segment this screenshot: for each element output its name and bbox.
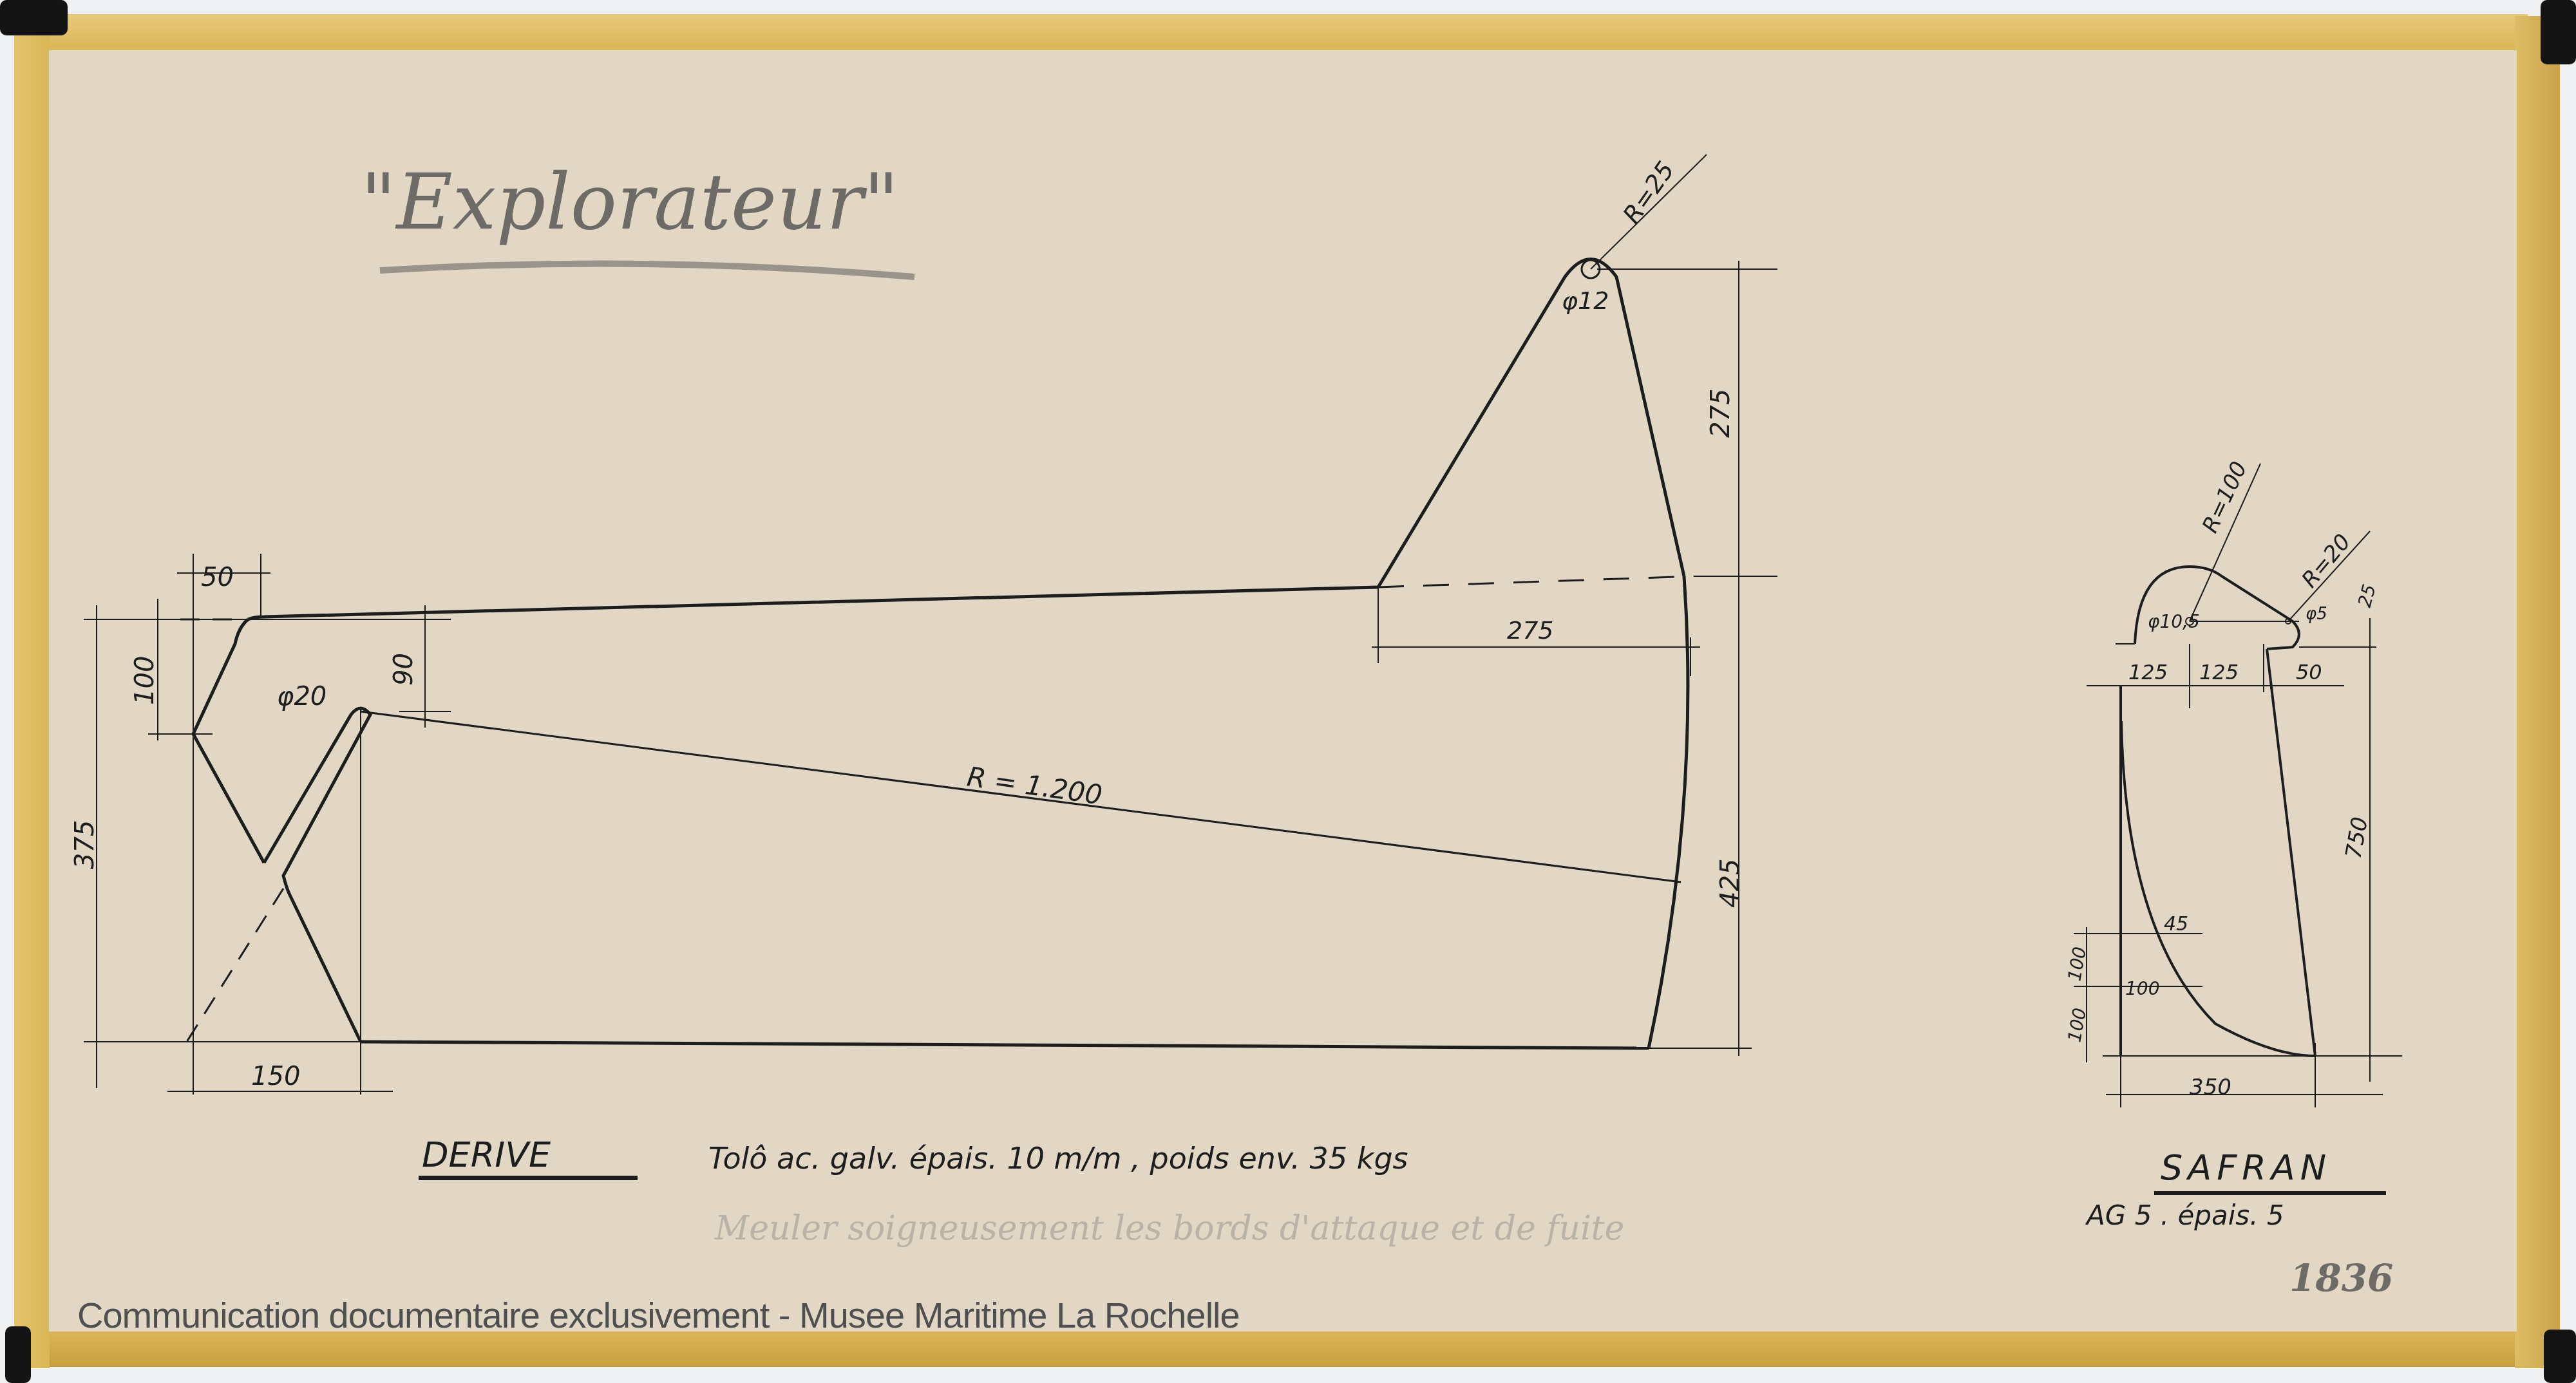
dim-safran-seg2: 125 (2199, 660, 2239, 684)
dim-derive-top-width: 50 (201, 563, 234, 592)
dim-safran-curve-offset-2: 100 (2125, 978, 2159, 999)
dim-safran-radius-tip: R=20 (2297, 529, 2356, 593)
safran-drawing (2074, 464, 2402, 1107)
dim-derive-bottom-width: 150 (251, 1062, 300, 1091)
dim-derive-radius-main: R = 1.200 (965, 760, 1104, 811)
dim-safran-seg3: 50 (2296, 660, 2322, 684)
derive-spec: Tolô ac. galv. épais. 10 m/m , poids env… (708, 1141, 1408, 1176)
dim-derive-overall-height: 375 (70, 820, 100, 869)
watermark-text: Communication documentaire exclusivement… (77, 1294, 1240, 1336)
dim-derive-tip-hole: φ12 (1562, 287, 1609, 315)
dim-safran-height: 750 (2340, 815, 2373, 861)
derive-title: DERIVE (422, 1134, 551, 1175)
dim-derive-pivot-offset: 90 (389, 653, 419, 686)
safran-title-underline (2154, 1191, 2386, 1195)
document-title: "Explorateur" (361, 158, 899, 247)
dim-safran-bottom-width: 350 (2190, 1075, 2231, 1100)
safran-title: SAFRAN (2161, 1147, 2331, 1188)
dim-derive-trailing-height: 425 (1716, 859, 1745, 908)
dim-safran-radius-head: R=100 (2197, 458, 2253, 537)
dim-safran-hole-left: φ10,5 (2148, 611, 2200, 632)
title-underline (380, 264, 914, 277)
dim-derive-head-width: 275 (1507, 616, 1554, 644)
dim-safran-curve-offset-1: 45 (2164, 913, 2188, 936)
dim-derive-left-offset: 100 (130, 656, 160, 705)
plan-number: 1836 (2289, 1256, 2393, 1300)
safran-spec: AG 5 . épais. 5 (2085, 1200, 2284, 1231)
dim-safran-hole-right: φ5 (2306, 605, 2327, 624)
derive-drawing (84, 259, 1777, 1095)
derive-note: Meuler soigneusement les bords d'attaque… (714, 1209, 1624, 1248)
dim-derive-tip-radius: R=25 (1617, 156, 1680, 229)
dim-derive-pivot-diameter: φ20 (277, 682, 327, 711)
dim-safran-seg1: 125 (2128, 660, 2168, 684)
dim-derive-head-height: 275 (1706, 389, 1736, 438)
derive-title-underline (419, 1176, 638, 1180)
dim-safran-top-offset: 25 (2354, 582, 2380, 610)
technical-drawing: "Explorateur" 50 100 90 φ20 375 150 R = … (0, 0, 2576, 1383)
